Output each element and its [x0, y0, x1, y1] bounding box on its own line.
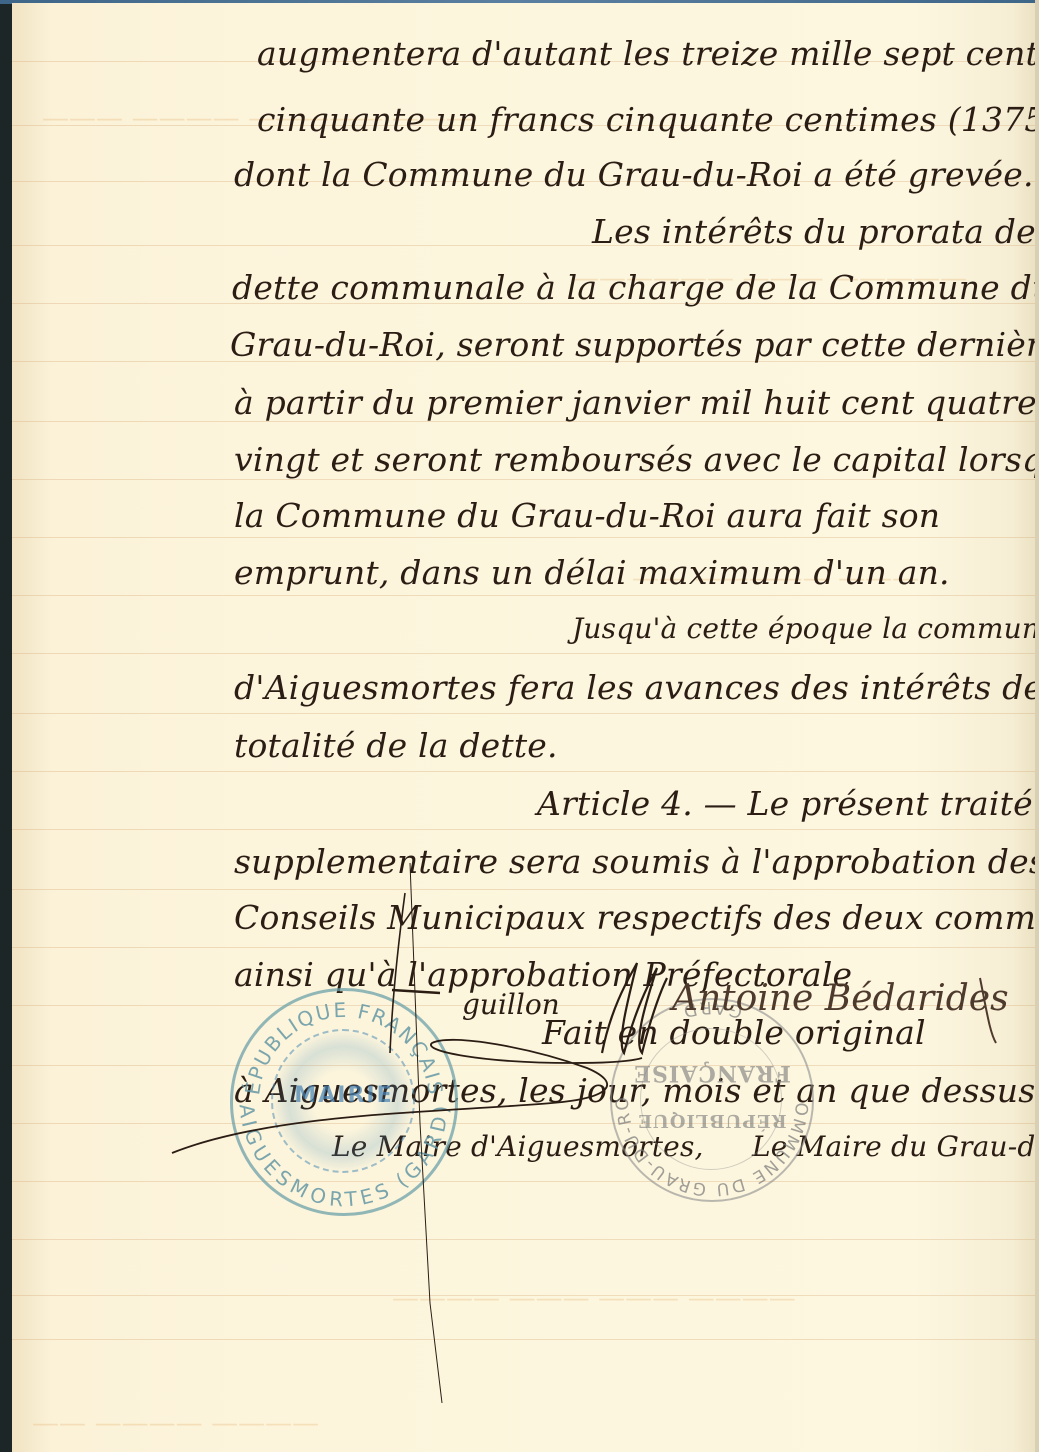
manuscript-line: totalité de la dette.: [234, 729, 558, 762]
manuscript-line: vingt et seront remboursés avec le capit…: [234, 443, 1039, 476]
amount-text: cinquante un francs cinquante centimes (…: [257, 100, 1039, 139]
manuscript-line: Jusqu'à cette époque la commune: [572, 615, 1039, 643]
manuscript-line: augmentera d'autant les treize mille sep…: [257, 37, 1039, 70]
signature-grau-du-roi-mayor: Antoine Bédarides: [672, 978, 1009, 1019]
stamp-center-text: FRANÇAISE: [612, 1060, 812, 1086]
article-heading: Article 4. — Le présent traité: [537, 787, 1033, 820]
manuscript-line: dette communale à la charge de la Commun…: [232, 271, 1039, 304]
manuscript-line: Grau-du-Roi, seront supportés par cette …: [230, 328, 1039, 361]
manuscript-line: Conseils Municipaux respectifs des deux …: [234, 901, 1039, 934]
manuscript-line: cinquante un francs cinquante centimes (…: [257, 101, 1039, 136]
scan-right-edge: [1035, 0, 1039, 1452]
paper-sheet: ——— ————— ———— ——— ————— ——— —————— ——— …: [12, 3, 1039, 1452]
manuscript-line: dont la Commune du Grau-du-Roi a été gre…: [234, 158, 1034, 191]
manuscript-line: d'Aiguesmortes fera les avances des inté…: [234, 671, 1039, 704]
stamp-grau-du-roi: COMMUNE DU GRAU-DU-ROI GARD FRANÇAISE RÉ…: [610, 998, 814, 1202]
stamp-center-text: MAIRIE: [233, 1083, 455, 1108]
manuscript-line: à partir du premier janvier mil huit cen…: [234, 386, 1037, 419]
manuscript-line: emprunt, dans un délai maximum d'un an.: [234, 556, 950, 589]
scanned-page: ——— ————— ———— ——— ————— ——— —————— ——— …: [0, 0, 1039, 1452]
stamp-aiguesmortes: RÉPUBLIQUE FRANÇAISE AIGUESMORTES (GARD)…: [230, 988, 458, 1216]
stamp-center-text: RÉPUBLIQUE: [612, 1110, 812, 1131]
manuscript-line: Les intérêts du prorata de la: [592, 215, 1039, 248]
manuscript-line: la Commune du Grau-du-Roi aura fait son: [234, 499, 940, 532]
manuscript-line: supplementaire sera soumis à l'approbati…: [234, 845, 1039, 878]
signature-aiguesmortes-mayor: guillon: [462, 988, 560, 1021]
manuscript-body: augmentera d'autant les treize mille sep…: [12, 3, 1039, 1452]
stamp-inner-ring: [640, 1028, 782, 1170]
